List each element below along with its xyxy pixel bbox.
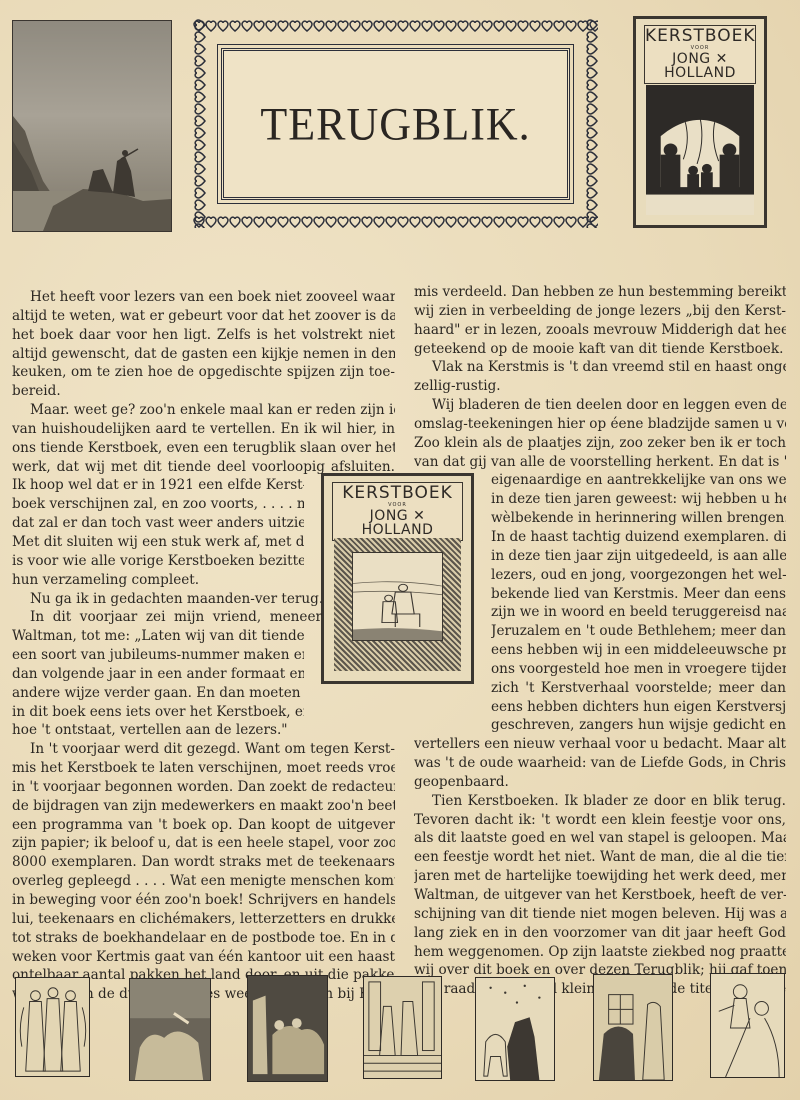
title-panel: TERUGBLIK.	[221, 48, 570, 200]
page-title: TERUGBLIK.	[260, 97, 530, 151]
text-line: boek verschijnen zal, en zoo voorts, . .…	[12, 495, 304, 514]
text-line: wij zien in verbeelding de jonge lezers …	[414, 302, 786, 321]
kerstboek-cover-top: KERSTBOEK VOOR JONG ✕ HOLLAND	[633, 16, 767, 228]
text-line: Zoo klein als de plaatjes zijn, zoo zeke…	[414, 434, 786, 453]
text-line: altijd gewenscht, dat de gasten een kijk…	[12, 345, 395, 364]
mother-child-icon	[711, 974, 784, 1077]
text-line: in dit boek eens iets over het Kerstboek…	[12, 703, 304, 722]
text-line: tot straks de boekhandelaar en de postbo…	[12, 929, 395, 948]
text-line: weken voor Kertmis gaat van één kantoor …	[12, 948, 395, 967]
hearth-illustration	[646, 85, 754, 215]
text-line: geschreven, zangers hun wijsje gedicht e…	[491, 716, 786, 735]
text-line: omslag-teekeningen hier op éene bladzijd…	[414, 415, 786, 434]
text-line: Nu ga ik in gedachten maanden-ver terug.	[12, 590, 322, 609]
text-line: ons voorgesteld hoe men in vroegere tijd…	[491, 660, 786, 679]
text-line: Tevoren dacht ik: 't wordt een klein fee…	[414, 811, 786, 830]
text-line: bereid.	[12, 382, 395, 401]
thumbnail-three-angels	[15, 977, 90, 1077]
text-line: Tien Kerstboeken. Ik blader ze door en b…	[414, 792, 786, 811]
text-line: het boek daar voor hen ligt. Zelfs is he…	[12, 326, 395, 345]
text-line: ons tiende Kerstboek, even een terugblik…	[12, 439, 395, 458]
text-line: dat zal er dan toch vast weer anders uit…	[12, 514, 304, 533]
camels-icon	[476, 978, 554, 1080]
text-line: in deze tien jaren geweest: wij hebben u…	[491, 490, 786, 509]
text-line: werk, dat wij met dit tiende deel voorlo…	[12, 458, 395, 477]
text-line: haard" er in lezen, zooals mevrouw Midde…	[414, 321, 786, 340]
text-line: mis verdeeld. Dan hebben ze hun bestemmi…	[414, 283, 786, 302]
thumbnail-temple-figures	[363, 976, 442, 1079]
text-line: Waltman, de uitgever van het Kerstboek, …	[414, 886, 786, 905]
text-line: schijning van dit tiende niet mogen bele…	[414, 905, 786, 924]
text-line: wèlbekende in herinnering willen brengen…	[491, 509, 786, 528]
text-line: dan volgende jaar in een ander formaat e…	[12, 665, 304, 684]
text-line: een feestje wordt het niet. Want de man,…	[414, 848, 786, 867]
text-line: de bijdragen van zijn medewerkers en maa…	[12, 797, 395, 816]
text-line: Wij bladeren de tien deelen door en legg…	[414, 396, 786, 415]
text-line: een programma van 't boek op. Dan koopt …	[12, 816, 395, 835]
text-line: van huishoudelijken aard te vertellen. E…	[12, 420, 395, 439]
text-line: In dit voorjaar zei mijn vriend, meneer	[12, 608, 322, 627]
text-line: als dit laatste goed en wel van stapel i…	[414, 829, 786, 848]
thumbnail-nativity-gathering	[247, 975, 328, 1082]
text-line: zijn papier; ik beloof u, dat is een hee…	[12, 834, 395, 853]
text-line: lui, teekenaars en clichémakers, letterz…	[12, 910, 395, 929]
text-line: eens hebben wij in een middeleeuwsche pr…	[491, 641, 786, 660]
text-line: 8000 exemplaren. Dan wordt straks met de…	[12, 853, 395, 872]
text-line: geteekend op de mooie kaft van dit tiend…	[414, 340, 786, 359]
text-line: jaren met de hartelijke toewijding het w…	[414, 867, 786, 886]
text-line: altijd te weten, wat er gebeurt voor dat…	[12, 307, 395, 326]
thumbnail-women-at-window	[593, 974, 673, 1081]
angels-icon	[16, 978, 89, 1076]
text-line: hem weggenomen. Op zijn laatste ziekbed …	[414, 943, 786, 962]
text-line: andere wijze verder gaan. En dan moeten …	[12, 684, 304, 703]
window-scene-icon	[594, 975, 672, 1080]
text-line: In 't voorjaar werd dit gezegd. Want om …	[12, 740, 395, 759]
shepherds-icon	[130, 979, 210, 1080]
cover-title-line1: KERSTBOEK	[645, 28, 755, 45]
text-line: Vlak na Kerstmis is 't dan vreemd stil e…	[414, 358, 786, 377]
text-line: lang ziek en in den voorzomer van dit ja…	[414, 924, 786, 943]
temple-icon	[364, 977, 441, 1078]
painting-illustration-icon	[13, 21, 171, 231]
text-line: zich 't Kerstverhaal voorstelde; meer da…	[491, 679, 786, 698]
title-frame: TERUGBLIK.	[193, 19, 598, 228]
text-line: lezers, oud en jong, voorgezongen het we…	[491, 566, 786, 585]
thumbnail-shepherds-star	[129, 978, 211, 1081]
text-line: zijn we in woord en beeld teruggereisd n…	[491, 603, 786, 622]
text-line: Waltman, tot me: „Laten wij van dit tien…	[12, 627, 304, 646]
text-line: in deze tien jaar zijn uitgedeeld, is aa…	[491, 547, 786, 566]
article-left-column: Het heeft voor lezers van een boek niet …	[12, 288, 395, 1004]
text-line: in 't voorjaar begonnen worden. Dan zoek…	[12, 778, 395, 797]
text-line: Ik hoop wel dat er in 1921 een elfde Ker…	[12, 476, 304, 495]
thumbnail-magi-camels	[475, 977, 555, 1081]
desert-rider-painting	[12, 20, 172, 232]
text-line: was 't de oude waarheid: van de Liefde G…	[414, 754, 786, 773]
cover-title-block: KERSTBOEK VOOR JONG ✕ HOLLAND	[644, 25, 756, 84]
text-line: in beweging voor één zoo'n boek! Schrijv…	[12, 891, 395, 910]
text-line: Jeruzalem en 't oude Bethlehem; meer dan	[491, 622, 786, 641]
text-line: overleg gepleegd . . . . Wat een menigte…	[12, 872, 395, 891]
text-line: In de haast tachtig duizend exemplaren. …	[491, 528, 786, 547]
text-line: van dat gij van alle de voorstelling her…	[414, 453, 786, 472]
text-line: Het heeft voor lezers van een boek niet …	[12, 288, 395, 307]
thumbnail-mother-and-child	[710, 973, 785, 1078]
article-right-column: mis verdeeld. Dan hebben ze hun bestemmi…	[414, 283, 786, 999]
text-line: keuken, om te zien hoe de opgedischte sp…	[12, 363, 395, 382]
text-line: is voor wie alle vorige Kerstboeken bezi…	[12, 552, 304, 571]
text-line: geopenbaard.	[414, 773, 786, 792]
text-line: Met dit sluiten wij een stuk werk af, me…	[12, 533, 304, 552]
text-line: hun verzameling compleet.	[12, 571, 304, 590]
text-line: mis het Kerstboek te laten verschijnen, …	[12, 759, 395, 778]
cover-title-line2: JONG ✕ HOLLAND	[645, 52, 755, 80]
text-line: hoe 't ontstaat, vertellen aan de lezers…	[12, 721, 304, 740]
text-line: vertellers een nieuw verhaal voor u beda…	[414, 735, 786, 754]
text-line: eens hebben dichters hun eigen Kerstvers…	[491, 698, 786, 717]
text-line: bekende lied van Kerstmis. Meer dan eens	[491, 585, 786, 604]
nativity-icon	[248, 976, 327, 1081]
family-hearth-icon	[646, 85, 754, 215]
text-line: een soort van jubileums-nummer maken en	[12, 646, 304, 665]
text-line: eigenaardige en aantrekkelijke van ons w…	[491, 471, 786, 490]
text-line: Maar. weet ge? zoo'n enkele maal kan er …	[12, 401, 395, 420]
text-line: zellig-rustig.	[414, 377, 786, 396]
